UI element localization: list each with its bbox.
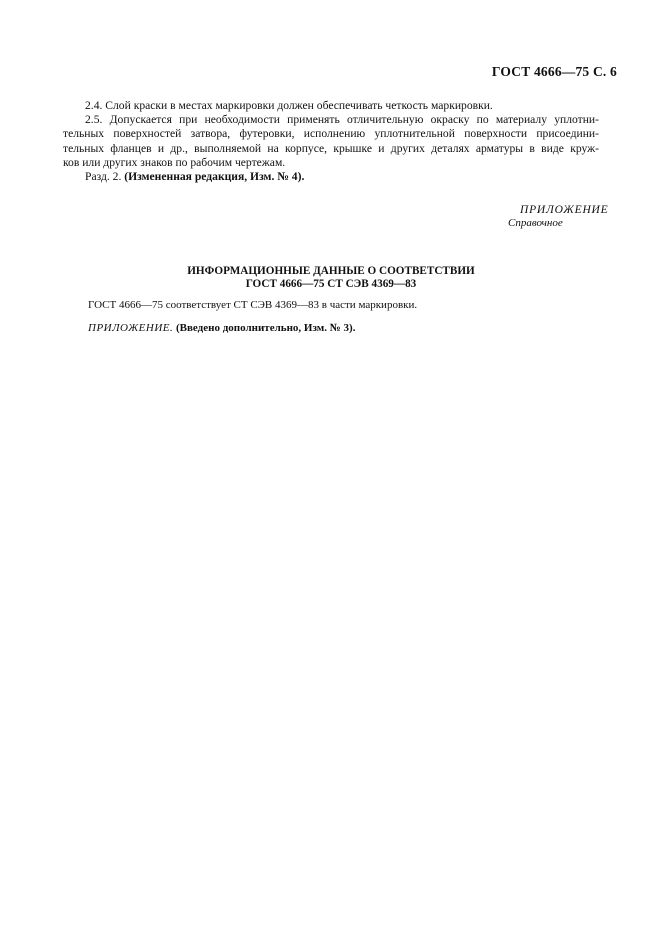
paragraph-line: тельных фланцев и др., выполняемой на ко… bbox=[63, 142, 599, 156]
revision-note: Разд. 2. (Измененная редакция, Изм. № 4)… bbox=[63, 170, 599, 184]
info-note: ПРИЛОЖЕНИЕ. (Введено дополнительно, Изм.… bbox=[88, 322, 355, 335]
appendix-subtitle: Справочное bbox=[508, 217, 608, 230]
paragraph-2-4: 2.4. Слой краски в местах маркировки дол… bbox=[63, 99, 599, 113]
revision-prefix: Разд. 2. bbox=[85, 170, 124, 183]
info-heading: ИНФОРМАЦИОННЫЕ ДАННЫЕ О СООТВЕТСТВИИ ГОС… bbox=[63, 265, 599, 290]
appendix-label: ПРИЛОЖЕНИЕ Справочное bbox=[508, 204, 608, 230]
revision-text: (Измененная редакция, Изм. № 4). bbox=[124, 170, 304, 183]
info-body: ГОСТ 4666—75 соответствует СТ СЭВ 4369—8… bbox=[88, 299, 417, 312]
info-note-text: (Введено дополнительно, Изм. № 3). bbox=[173, 322, 355, 334]
info-note-prefix: ПРИЛОЖЕНИЕ. bbox=[88, 322, 173, 334]
info-heading-line-2: ГОСТ 4666—75 СТ СЭВ 4369—83 bbox=[63, 278, 599, 291]
paragraph-line: ков или других знаков по рабочим чертежа… bbox=[63, 156, 599, 170]
section-2-text: 2.4. Слой краски в местах маркировки дол… bbox=[63, 99, 599, 184]
page-header: ГОСТ 4666—75 С. 6 bbox=[492, 64, 617, 80]
paragraph-line: тельных поверхностей затвора, футеровки,… bbox=[63, 127, 599, 141]
paragraph-2-5: 2.5. Допускается при необходимости приме… bbox=[63, 113, 599, 170]
appendix-title: ПРИЛОЖЕНИЕ bbox=[508, 204, 608, 217]
paragraph-line: 2.5. Допускается при необходимости приме… bbox=[63, 113, 599, 127]
info-heading-line-1: ИНФОРМАЦИОННЫЕ ДАННЫЕ О СООТВЕТСТВИИ bbox=[63, 265, 599, 278]
